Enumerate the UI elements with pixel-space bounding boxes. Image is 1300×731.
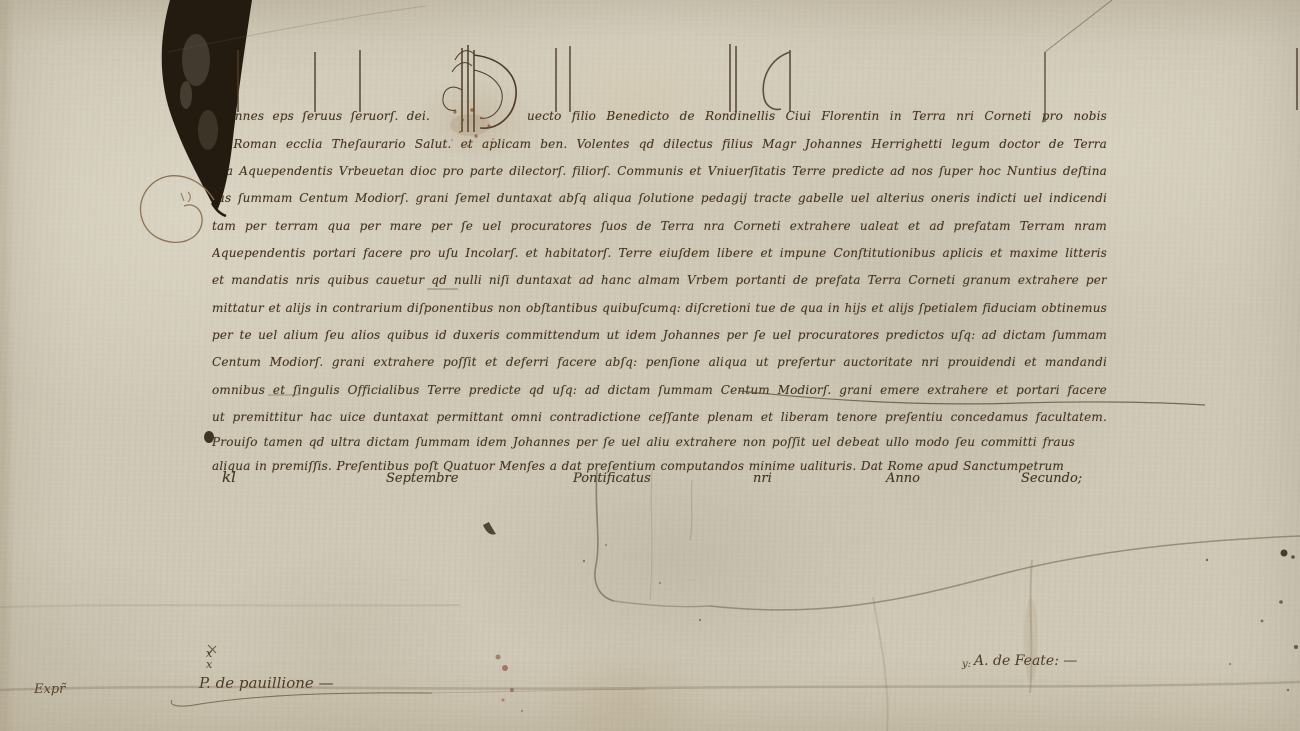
dateline-pontificatus: Pontificatus	[573, 470, 651, 488]
scriptor-signature: P. de pauillione —	[199, 674, 334, 692]
manuscript-line: per te uel alium ſeu alios quibus id dux…	[212, 325, 1107, 347]
tax-mark: xx	[206, 648, 216, 670]
chancery-note-expedit: Expr̃	[34, 682, 65, 698]
manuscript-line: ohannes eps ſeruus ſeruorſ. dei.	[212, 106, 430, 128]
manuscript-line: mittatur et alijs in contrarium diſponen…	[212, 298, 1107, 320]
decorative-ascenders	[238, 0, 1297, 122]
registrar-mark: y:	[962, 660, 971, 670]
dateline-anno: Anno	[886, 470, 920, 488]
dateline-nri: nri	[753, 470, 772, 488]
manuscript-line: tus ſummam Centum Modiorſ. grani ſemel d…	[212, 188, 1107, 210]
stain-marks	[496, 655, 524, 713]
manuscript-line: omnibus et ſingulis Officialibus Terre p…	[212, 380, 1107, 402]
pen-flourish-spiral	[141, 176, 214, 243]
parchment-sheet: ohannes eps ſeruus ſeruorſ. dei. uecto f…	[0, 0, 1300, 731]
dateline-month: Septembre	[386, 470, 458, 488]
manuscript-line: et Roman ecclia Theſaurario Salut. et ap…	[212, 134, 1107, 156]
registrar-signature: A. de Feate: —	[974, 652, 1077, 670]
manuscript-line: Centum Modiorſ. grani extrahere poſſit e…	[212, 352, 1107, 374]
manuscript-line: uecto filio Benedicto de Rondinellis Ciu…	[527, 106, 1107, 128]
manuscript-line: tam per terram qua per mare per ſe uel p…	[212, 216, 1107, 238]
manuscript-line: et mandatis nris quibus cauetur qd nulli…	[212, 270, 1107, 292]
dateline-kalendas: kl	[222, 468, 236, 486]
manuscript-line: Prouiſo tamen qd ultra dictam ſummam ide…	[212, 432, 1075, 454]
calligraphic-flourish	[443, 45, 516, 132]
manuscript-line: Aquependentis portari facere pro uſu Inc…	[212, 243, 1107, 265]
manuscript-line: ut premittitur hac uice duntaxat permitt…	[212, 407, 1107, 429]
dateline-year: Secundo;	[1021, 470, 1082, 488]
manuscript-line: nra Aquependentis Vrbeuetan dioc pro par…	[212, 161, 1107, 183]
